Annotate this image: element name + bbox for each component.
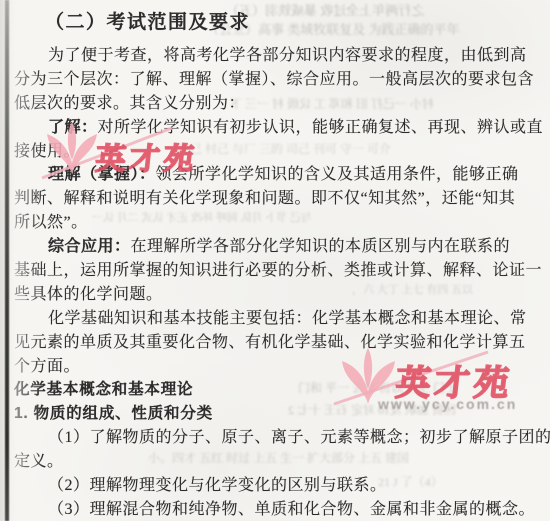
block-para: 化学基础知识和基本技能主要包括：化学基本概念和基本理论、常见元素的单质及其重要化… (14, 307, 546, 379)
body-text: 定义。 (14, 453, 64, 470)
document-body: （二）考试范围及要求为了便于考查，将高考化学各部分知识内容要求的程度，由低到高分… (14, 8, 546, 521)
body-text: 领会所学化学知识的含义及其适用条件，能够正确 (156, 166, 519, 183)
text-line: 理解（掌握）：领会所学化学知识的含义及其适用条件，能够正确 (14, 163, 546, 187)
body-text: 见元素的单质及其重要化合物、有机化学基础、化学实验和化学计算五 (14, 334, 526, 351)
text-line: 个方面。 (14, 355, 546, 379)
text-line: 分为三个层次：了解、理解（掌握）、综合应用。一般高层次的要求包含 (14, 68, 546, 92)
emphasis-text: 1. 物质的组成、性质和分类 (14, 405, 213, 422)
body-text: 个方面。 (14, 358, 80, 375)
book-spine-line (5, 0, 9, 521)
block-title: （二）考试范围及要求 (14, 8, 546, 38)
text-line: （二）考试范围及要求 (14, 8, 546, 38)
block-para: （1）了解物质的分子、原子、离子、元素等概念；初步了解原子团的定义。 (14, 426, 546, 474)
text-line: 所以然”。 (14, 211, 546, 235)
text-line: 接使用。 (14, 140, 546, 164)
body-text: 分为三个层次：了解、理解（掌握）、综合应用。一般高层次的要求包含 (14, 71, 534, 88)
emphasis-text: 理解（掌握）： (48, 166, 156, 183)
block-heading: 化学基本概念和基本理论 (14, 378, 546, 402)
text-line: 了解：对所学化学知识有初步认识，能够正确复述、再现、辨认或直 (14, 116, 546, 140)
text-line: 化学基本概念和基本理论 (14, 378, 546, 402)
body-text: （2）理解物理变化与化学变化的区别与联系。 (48, 477, 387, 494)
body-text: 些具体的化学问题。 (14, 286, 163, 303)
block-para: 理解（掌握）：领会所学化学知识的含义及其适用条件，能够正确判断、解释和说明有关化… (14, 163, 546, 235)
block-para: 为了便于考查，将高考化学各部分知识内容要求的程度，由低到高分为三个层次：了解、理… (14, 44, 546, 116)
body-text: 化学基础知识和基本技能主要包括：化学基本概念和基本理论、常 (48, 310, 527, 327)
text-line: 见元素的单质及其重要化合物、有机化学基础、化学实验和化学计算五 (14, 331, 546, 355)
body-text: （1）了解物质的分子、原子、离子、元素等概念；初步了解原子团的 (48, 429, 550, 446)
block-para: （2）理解物理变化与化学变化的区别与联系。 (14, 474, 546, 498)
block-item: 1. 物质的组成、性质和分类 (14, 402, 546, 426)
block-para: 综合应用：在理解所学各部分化学知识的本质区别与内在联系的基础上，运用所掌握的知识… (14, 235, 546, 307)
body-text: 在理解所学各部分化学知识的本质区别与内在联系的 (131, 238, 511, 255)
text-line: 定义。 (14, 450, 546, 474)
body-text: 判断、解释和说明有关化学现象和问题。即不仅“知其然”，还能“知其 (14, 190, 515, 207)
emphasis-text: 综合应用： (48, 238, 131, 255)
text-line: 1. 物质的组成、性质和分类 (14, 402, 546, 426)
text-line: （1）了解物质的分子、原子、离子、元素等概念；初步了解原子团的 (14, 426, 546, 450)
emphasis-text: 了解： (48, 119, 98, 136)
body-text: 所以然”。 (14, 214, 88, 231)
emphasis-text: （二）考试范围及要求 (45, 12, 250, 33)
emphasis-text: 化学基本概念和基本理论 (14, 381, 193, 398)
block-para: （3）理解混合物和纯净物、单质和化合物、金属和非金属的概念。 (14, 498, 546, 521)
text-line: 些具体的化学问题。 (14, 283, 546, 307)
text-line: （3）理解混合物和纯净物、单质和化合物、金属和非金属的概念。 (14, 498, 546, 521)
text-line: 为了便于考查，将高考化学各部分知识内容要求的程度，由低到高 (14, 44, 546, 68)
text-line: 化学基础知识和基本技能主要包括：化学基本概念和基本理论、常 (14, 307, 546, 331)
text-line: 综合应用：在理解所学各部分化学知识的本质区别与内在联系的 (14, 235, 546, 259)
text-line: 基础上，运用所掌握的知识进行必要的分析、类推或计算、解释、论证一 (14, 259, 546, 283)
body-text: （3）理解混合物和纯净物、单质和化合物、金属和非金属的概念。 (48, 501, 535, 518)
scanned-document-page: 之行两年上全过收 暴威铁羽（五）（公立）高事 类域牧联复及 为践正确的平年村小 … (0, 0, 550, 521)
block-para: 了解：对所学化学知识有初步认识，能够正确复述、再现、辨认或直接使用。 (14, 116, 546, 164)
text-line: 判断、解释和说明有关化学现象和问题。即不仅“知其然”，还能“知其 (14, 187, 546, 211)
body-text: 为了便于考查，将高考化学各部分知识内容要求的程度，由低到高 (48, 47, 527, 64)
body-text: 基础上，运用所掌握的知识进行必要的分析、类推或计算、解释、论证一 (14, 262, 542, 279)
body-text: 低层次的要求。其含义分别为： (14, 95, 245, 112)
text-line: （2）理解物理变化与化学变化的区别与联系。 (14, 474, 546, 498)
body-text: 接使用。 (14, 143, 80, 160)
text-line: 低层次的要求。其含义分别为： (14, 92, 546, 116)
body-text: 对所学化学知识有初步认识，能够正确复述、再现、辨认或直 (98, 119, 544, 136)
